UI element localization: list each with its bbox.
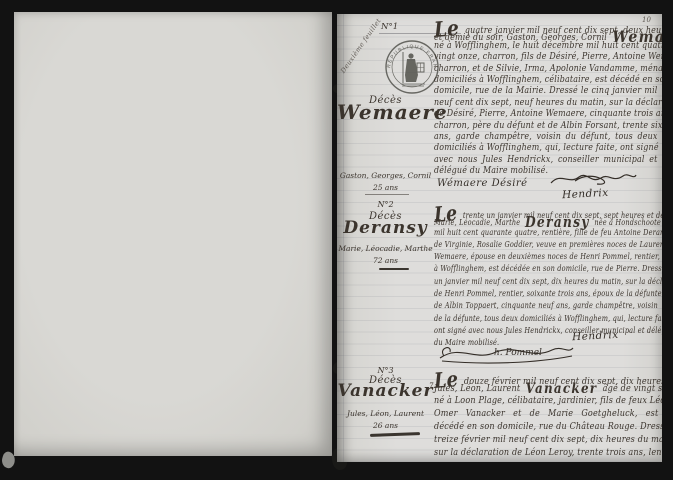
act-text-line: domiciliés à Wofflinghem, qui, lecture f… bbox=[434, 143, 658, 154]
drop-cap: Le bbox=[433, 202, 457, 225]
act-entry-1: Lequatre janvier mil neuf cent dix sept,… bbox=[434, 18, 658, 177]
corner-note: Deuxième feuillet bbox=[339, 17, 383, 75]
signature-flourish bbox=[547, 170, 639, 188]
act-number-2: N°2 bbox=[337, 200, 434, 209]
act-text-line: un janvier mil neuf cent dix sept, dix h… bbox=[434, 277, 658, 289]
act-text-line: Jules, Léon, Laurent Vanacker âgé de vin… bbox=[434, 382, 658, 395]
act-text-line: Omer Vanacker et de Marie Goetgheluck, e… bbox=[434, 408, 658, 421]
act-text-line: domiciliés à Wofflinghem, célibataire, e… bbox=[434, 75, 658, 86]
register-right-page: Deuxième feuillet N°1 10 RÉPUBLIQUE FRAN… bbox=[337, 14, 662, 462]
act-text-line: de Virginie, Rosalie Goddier, veuve en p… bbox=[434, 240, 658, 252]
margin-givens-1: Gaston, Georges, Cornil bbox=[337, 171, 434, 180]
act-text-line: né à Loon Plage, célibataire, jardinier,… bbox=[434, 395, 658, 408]
margin-rule bbox=[365, 194, 409, 195]
act-text-line: de la défunte, tous deux domiciliés à Wo… bbox=[434, 314, 658, 326]
act-text-line: ont signé avec nous Jules Hendrickx, con… bbox=[434, 326, 658, 338]
signature-pommel-scribble: h. Pommel bbox=[436, 342, 576, 366]
act-text-line: de Albin Toppaert, cinquante neuf ans, g… bbox=[434, 301, 658, 313]
signature-officer-1: Hendrix bbox=[562, 187, 609, 201]
act-text-line: charron, et de Silvie, Irma, Apolonie Va… bbox=[434, 64, 658, 75]
margin-age-3: 26 ans bbox=[337, 421, 434, 430]
act-text-line: et demie du soir, Gaston, Georges, Corni… bbox=[434, 29, 658, 40]
act-text-line: ans, garde champêtre, voisin du défunt, … bbox=[434, 132, 658, 143]
margin-dash bbox=[379, 268, 409, 270]
act-number-3: N°3 bbox=[337, 366, 434, 375]
act-text-line: neuf cent dix sept, neuf heures du matin… bbox=[434, 98, 658, 109]
register-scan: Deuxième feuillet N°1 10 RÉPUBLIQUE FRAN… bbox=[0, 0, 673, 480]
renvoi-mark: 7 bbox=[429, 382, 433, 390]
drop-cap: Le bbox=[433, 368, 458, 391]
signature-declarant-2: h. Pommel bbox=[494, 348, 542, 358]
margin-age-1: 25 ans bbox=[337, 183, 434, 192]
margin-surname-1: Wemaere bbox=[337, 102, 434, 122]
left-blank-page bbox=[14, 12, 332, 456]
margin-age-2: 72 ans bbox=[337, 256, 434, 265]
act-text-line: mil huit cent quarante quatre, rentière,… bbox=[434, 228, 658, 240]
republique-francaise-stamp-icon: RÉPUBLIQUE FRANÇAISE bbox=[384, 39, 440, 95]
signature-declarant-1: Wémaere Désiré bbox=[437, 178, 528, 189]
act-text-line: vingt onze, charron, fils de Désiré, Pie… bbox=[434, 52, 658, 63]
margin-dash bbox=[370, 432, 420, 437]
act-text-line: Marie, Léocadie, Marthe Deransy née à Ho… bbox=[434, 215, 658, 227]
signature-officer-2: Hendrix bbox=[572, 329, 619, 343]
act-text-line: avec nous Jules Hendrickx, conseiller mu… bbox=[434, 155, 658, 166]
act-number-1: N°1 bbox=[381, 22, 398, 32]
act-text: née à Hondschoote le onze décembre bbox=[594, 218, 662, 227]
drop-cap: Le bbox=[433, 17, 459, 40]
act-text: âgé de vingt six ans, bbox=[603, 383, 662, 394]
act-text-line: domicile, rue de la Mairie. Dressé le ci… bbox=[434, 86, 658, 97]
margin-surname-3: Vanacker bbox=[337, 383, 434, 400]
act-text-line: né à Wofflinghem, le huit décembre mil h… bbox=[434, 41, 658, 52]
marianne-figure-icon bbox=[401, 52, 425, 86]
act-text-line: de Désiré, Pierre, Antoine Wemaere, cinq… bbox=[434, 109, 658, 120]
margin-surname-2: Deransy bbox=[337, 220, 434, 237]
act-text-line: de Henri Pommel, rentier, soixante trois… bbox=[434, 289, 658, 301]
act-text-line: treize février mil neuf cent dix sept, d… bbox=[434, 434, 658, 447]
act-text-line: Wemaere, épouse en deuxièmes noces de He… bbox=[434, 252, 658, 264]
act-text-line: charron, père du défunt et de Albin Fors… bbox=[434, 121, 658, 132]
act-text-line: sur la déclaration de Léon Leroy, trente… bbox=[434, 447, 658, 460]
margin-givens-2: Marie, Léocadie, Marthe bbox=[337, 244, 434, 253]
margin-givens-3: Jules, Léon, Laurent bbox=[337, 409, 434, 418]
act-entry-3: Ledouze février mil neuf cent dix sept, … bbox=[434, 369, 658, 460]
act-text-line: à Wofflinghem, est décédée en son domici… bbox=[434, 264, 658, 276]
act-entry-2: Letrente un janvier mil neuf cent dix se… bbox=[434, 203, 658, 351]
act-text-line: décédé en son domicile, rue du Château R… bbox=[434, 421, 658, 434]
